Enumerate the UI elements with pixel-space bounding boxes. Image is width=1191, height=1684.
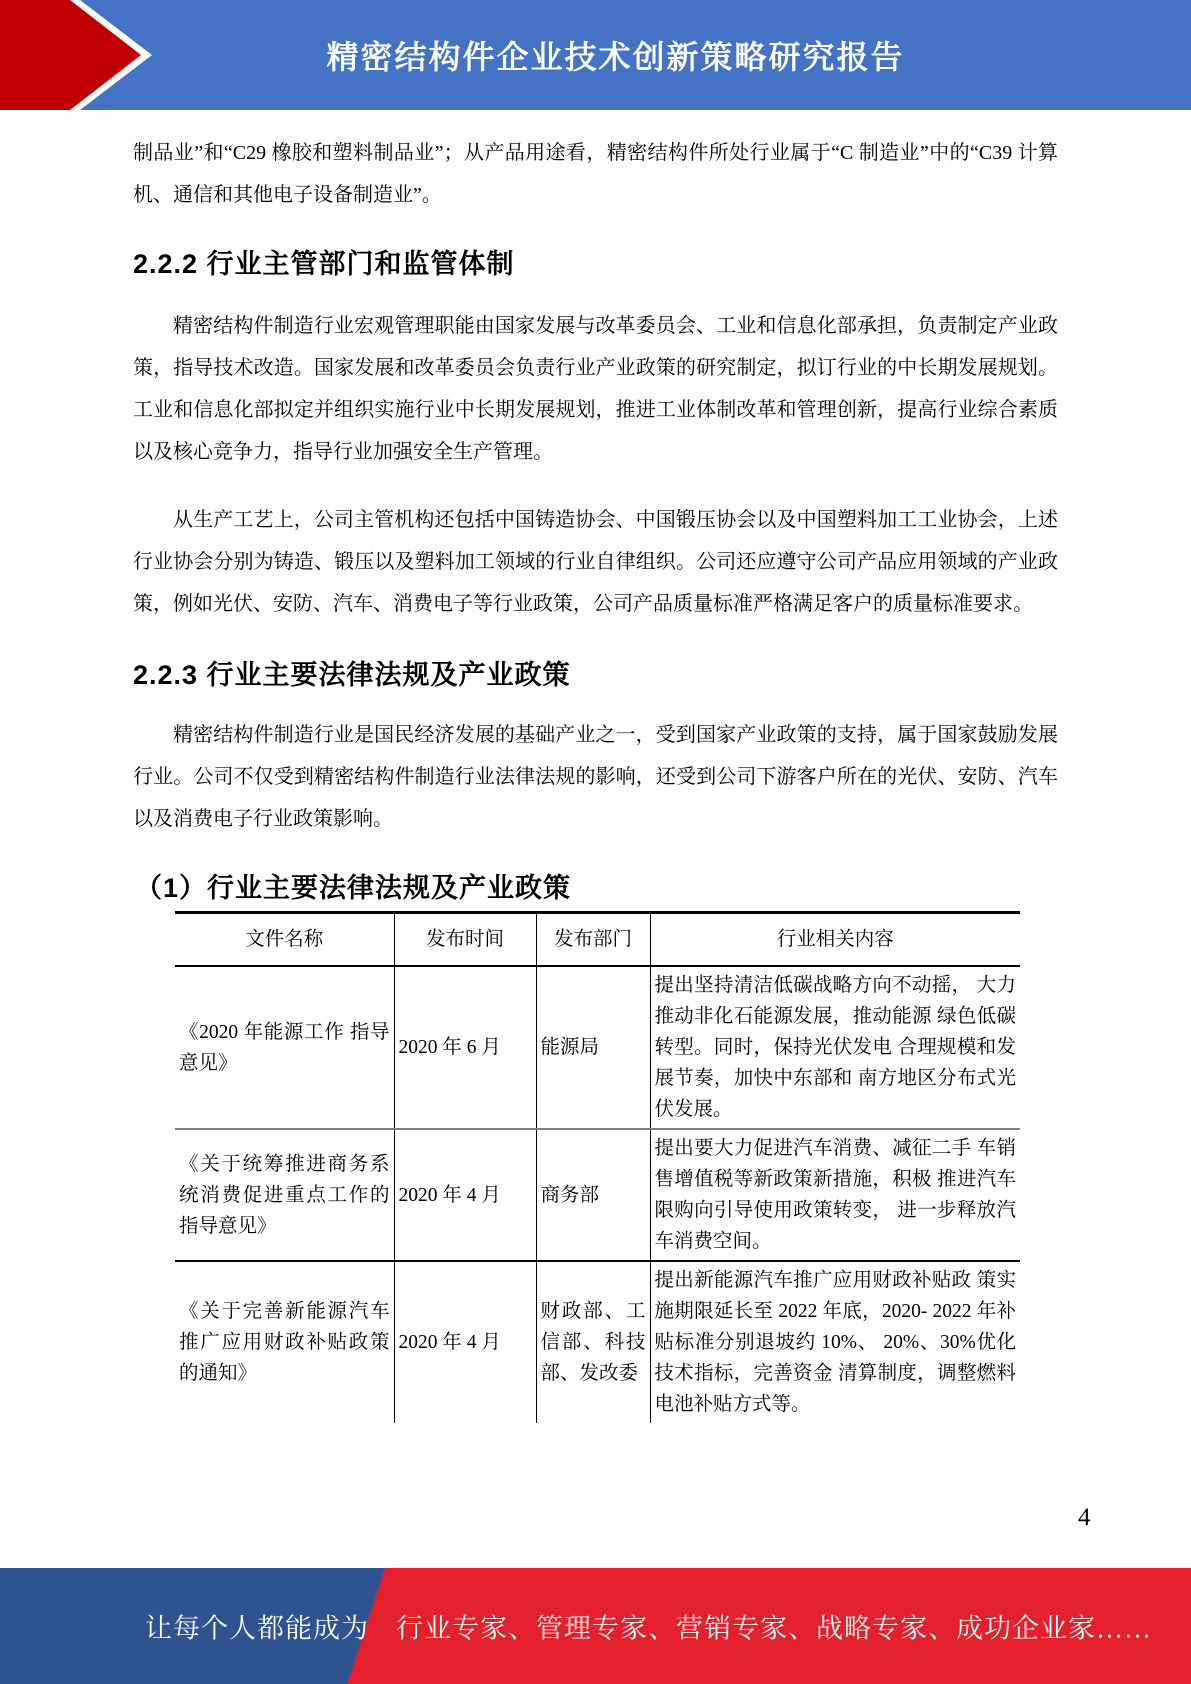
red-arrow-icon <box>0 0 160 110</box>
publish-date-cell: 2020 年 4 月 <box>394 1129 536 1261</box>
page-title: 精密结构件企业技术创新策略研究报告 <box>286 32 904 78</box>
doc-name-cell: 《2020 年能源工作 指导意见》 <box>175 966 394 1129</box>
intro-paragraph: 制品业”和“C29 橡胶和塑料制品业”；从产品用途看，精密结构件所处行业属于“C… <box>133 132 1058 216</box>
industry-content-cell: 提出要大力促进汽车消费、减征二手 车销售增值税等新政策新措施，积极 推进汽车限购… <box>650 1129 1020 1261</box>
table-row: 《2020 年能源工作 指导意见》 2020 年 6 月 能源局 提出坚持清洁低… <box>175 966 1020 1129</box>
footer-slogan-right: 行业专家、管理专家、营销专家、战略专家、成功企业家…… <box>396 1607 1152 1646</box>
table-row: 《关于统筹推进商务系统消费促进重点工作的指导意见》 2020 年 4 月 商务部… <box>175 1129 1020 1261</box>
page-number: 4 <box>1078 1504 1091 1532</box>
policy-table: 文件名称 发布时间 发布部门 行业相关内容 《2020 年能源工作 指导意见》 … <box>175 911 1020 1423</box>
table-row: 《关于完善新能源汽车推广应用财政补贴政策的通知》 2020 年 4 月 财政部、… <box>175 1261 1020 1423</box>
header-banner: 精密结构件企业技术创新策略研究报告 <box>0 0 1191 110</box>
doc-name-cell: 《关于完善新能源汽车推广应用财政补贴政策的通知》 <box>175 1261 394 1423</box>
doc-name-cell: 《关于统筹推进商务系统消费促进重点工作的指导意见》 <box>175 1129 394 1261</box>
report-page: 精密结构件企业技术创新策略研究报告 制品业”和“C29 橡胶和塑料制品业”；从产… <box>0 0 1191 1684</box>
publish-dept-cell: 能源局 <box>536 966 650 1129</box>
section-2-2-2-heading: 2.2.2 行业主管部门和监管体制 <box>133 242 1058 281</box>
column-header-publish-date: 发布时间 <box>394 913 536 967</box>
column-header-publish-dept: 发布部门 <box>536 913 650 967</box>
industry-content-cell: 提出新能源汽车推广应用财政补贴政 策实施期限延长至 2022 年底，2020- … <box>650 1261 1020 1423</box>
section-2-2-3-paragraph-1: 精密结构件制造行业是国民经济发展的基础产业之一，受到国家产业政策的支持，属于国家… <box>133 714 1058 840</box>
column-header-document-name: 文件名称 <box>175 913 394 967</box>
footer-band: 让每个人都能成为 行业专家、管理专家、营销专家、战略专家、成功企业家…… <box>0 1568 1191 1684</box>
section-2-2-2-paragraph-2: 从生产工艺上，公司主管机构还包括中国铸造协会、中国锻压协会以及中国塑料加工工业协… <box>133 499 1058 625</box>
publish-dept-cell: 财政部、工信部、科技部、发改委 <box>536 1261 650 1423</box>
publish-dept-cell: 商务部 <box>536 1129 650 1261</box>
industry-content-cell: 提出坚持清洁低碳战略方向不动摇， 大力推动非化石能源发展，推动能源 绿色低碳转型… <box>650 966 1020 1129</box>
publish-date-cell: 2020 年 4 月 <box>394 1261 536 1423</box>
section-2-2-2-paragraph-1: 精密结构件制造行业宏观管理职能由国家发展与改革委员会、工业和信息化部承担，负责制… <box>133 305 1058 473</box>
column-header-industry-content: 行业相关内容 <box>650 913 1020 967</box>
document-body: 制品业”和“C29 橡胶和塑料制品业”；从产品用途看，精密结构件所处行业属于“C… <box>133 110 1058 1423</box>
publish-date-cell: 2020 年 6 月 <box>394 966 536 1129</box>
section-2-2-3-heading: 2.2.3 行业主要法律法规及产业政策 <box>133 653 1058 692</box>
footer-slogan-left: 让每个人都能成为 <box>145 1607 369 1646</box>
table-header-row: 文件名称 发布时间 发布部门 行业相关内容 <box>175 913 1020 967</box>
policy-list-subheading: （1）行业主要法律法规及产业政策 <box>135 866 1058 905</box>
